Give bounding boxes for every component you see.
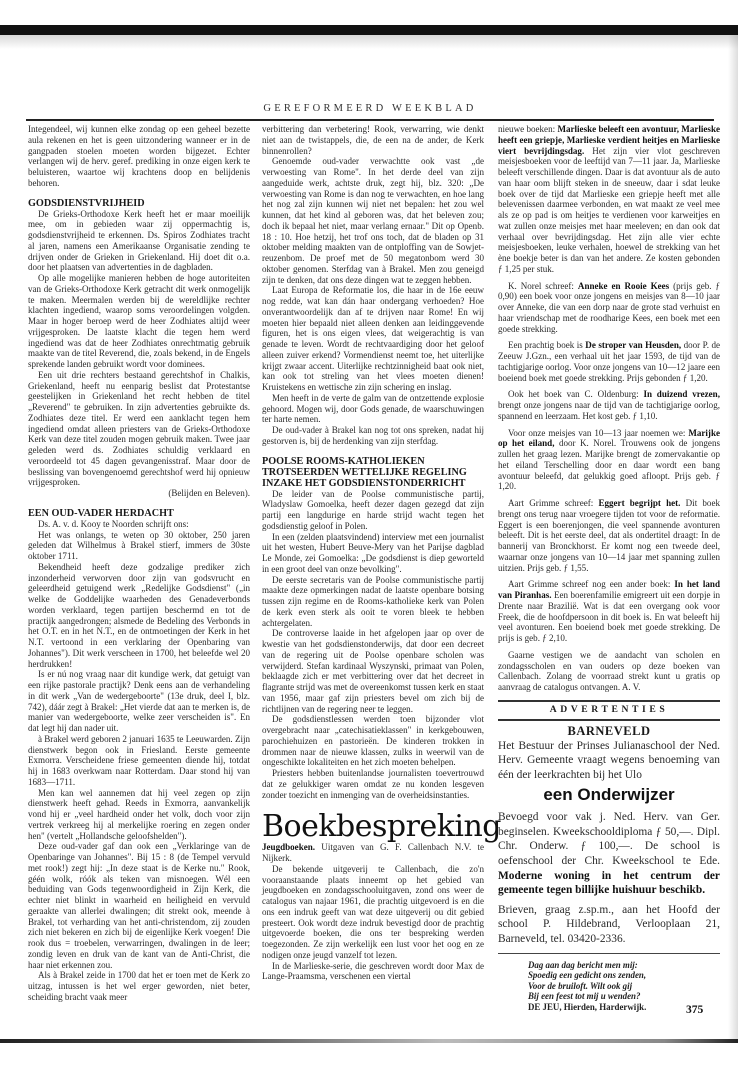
paragraph: In een (zelden plaatsvindend) interview …: [262, 532, 484, 575]
text: K. Norel schreef:: [508, 281, 578, 291]
paragraph: Gaarne vestigen we de aandacht van schol…: [498, 650, 720, 693]
masthead-title: GEREFORMEERD WEEKBLAD: [26, 103, 714, 114]
text: Bevoegd voor vak j. Ned. Herv. van Ger. …: [498, 811, 720, 867]
paragraph: à Brakel werd geboren 2 januari 1635 te …: [28, 734, 250, 788]
paragraph: Een prachtig boek is De stroper van Heus…: [498, 340, 720, 383]
paragraph: De leider van de Poolse communistische p…: [262, 489, 484, 532]
ads-rule-top: [498, 700, 720, 702]
page-binding-shadow: [728, 35, 738, 1039]
paragraph: De oud-vader à Brakel kan nog tot ons sp…: [262, 425, 484, 447]
heading-boekbespreking: Boekbespreking: [262, 812, 484, 842]
page-bottom-edge: [0, 1039, 738, 1043]
paragraph: Men kan wel aannemen dat hij veel zegen …: [28, 788, 250, 842]
paragraph: Integendeel, wij kunnen elke zondag op e…: [28, 124, 250, 189]
paragraph: De godsdienstlessen werden toen bijzonde…: [262, 714, 484, 768]
book-title: In duizend vrezen,: [643, 389, 720, 399]
column-right: nieuwe boeken: Marlieske beleeft een avo…: [498, 124, 720, 1012]
masthead-rule: [26, 119, 714, 121]
paragraph: De eerste secretaris van de Poolse commu…: [262, 575, 484, 629]
paragraph: Ook het boek van C. Oldenburg: In duizen…: [498, 389, 720, 421]
page-number: 375: [686, 1004, 703, 1016]
book-title: Anneke en Rooie Kees: [578, 281, 669, 291]
column-left: Integendeel, wij kunnen elke zondag op e…: [28, 124, 250, 1003]
paragraph: K. Norel schreef: Anneke en Rooie Kees (…: [498, 281, 720, 335]
text: Aart Grimme schreef:: [508, 498, 598, 508]
paragraph: Een uit drie rechters bestaand gerechtsh…: [28, 370, 250, 488]
text: Voor onze meisjes van 10—13 jaar noemen …: [508, 428, 688, 438]
ad-place: BARNEVELD: [498, 724, 720, 739]
paragraph: nieuwe boeken: Marlieske beleeft een avo…: [498, 124, 720, 275]
paragraph: Is er nú nog vraag naar dit kundige werk…: [28, 669, 250, 734]
paragraph: De bekende uitgeverij te Callenbach, die…: [262, 864, 484, 961]
paragraph: Het was onlangs, te weten op 30 oktober,…: [28, 530, 250, 562]
book-title: Eggert begrijpt het.: [598, 498, 680, 508]
poem-line: Spoedig een gedicht ons zenden,: [528, 970, 720, 981]
ad-divider: [498, 953, 720, 954]
housing-note: Moderne woning in het centrum der gemeen…: [498, 870, 720, 897]
paragraph: Men heeft in de verte de galm van de ont…: [262, 393, 484, 425]
ad-job-title: een Onderwijzer: [498, 784, 720, 806]
paragraph: Laat Europa de Reformatie los, die haar …: [262, 285, 484, 393]
paragraph: Bekendheid heeft deze godzalige prediker…: [28, 562, 250, 670]
ads-rule-bottom: [498, 719, 720, 721]
paragraph: In de Marlieske-serie, die geschreven wo…: [262, 961, 484, 983]
text: Ook het boek van C. Oldenburg:: [508, 389, 643, 399]
text: nieuwe boeken:: [498, 124, 557, 134]
text: Het zijn vier vlot geschreven meisjesboe…: [498, 146, 720, 274]
paragraph: verbittering dan verbetering! Rook, verw…: [262, 124, 484, 156]
heading-poolse-rooms-katholieken: POOLSE ROOMS-KATHOLIEKEN TROTSEERDEN WET…: [262, 456, 484, 489]
page-top-edge: [0, 25, 738, 35]
paragraph: Op alle mogelijke manieren hebben de hog…: [28, 273, 250, 370]
text: brengt onze jongens naar de tijd van de …: [498, 400, 720, 421]
paragraph: Aart Grimme schreef nog een ander boek: …: [498, 579, 720, 644]
subtitle-bold: Jeugdboeken.: [262, 842, 315, 852]
poem-line: Bij een feest tot mij u wenden?: [528, 991, 720, 1002]
source-attribution: (Belijden en Beleven).: [28, 488, 250, 499]
text: Dit boek brengt ons terug naar vroegere …: [498, 498, 720, 573]
book-review-subtitle: Jeugdboeken. Uitgaven van G. F. Callenba…: [262, 842, 484, 864]
paragraph: Aart Grimme schreef: Eggert begrijpt het…: [498, 498, 720, 573]
paragraph: De Grieks-Orthodoxe Kerk heeft het er ma…: [28, 209, 250, 274]
book-title: De stroper van Heusden,: [585, 340, 681, 350]
poem-line: Dag aan dag bericht men mij:: [528, 960, 720, 971]
ad-requirements: Bevoegd voor vak j. Ned. Herv. van Ger. …: [498, 810, 720, 898]
ads-heading: ADVERTENTIES: [498, 705, 720, 716]
paragraph: De controverse laaide in het afgelopen j…: [262, 628, 484, 714]
paragraph: Voor onze meisjes van 10—13 jaar noemen …: [498, 428, 720, 493]
paragraph: Priesters hebben buitenlandse journalist…: [262, 768, 484, 800]
column-middle: verbittering dan verbetering! Rook, verw…: [262, 124, 484, 982]
text: Aart Grimme schreef nog een ander boek:: [508, 579, 674, 589]
heading-godsdienstvrijheid: GODSDIENSTVRIJHEID: [28, 198, 250, 209]
poem-line: Voor de bruiloft. Wilt ook gij: [528, 981, 720, 992]
paragraph: Genoemde oud-vader verwachtte ook vast „…: [262, 156, 484, 285]
paragraph: Deze oud-vader gaf dan ook een „Verklari…: [28, 841, 250, 970]
ad-intro: Het Bestuur der Prinses Julianaschool de…: [498, 739, 720, 783]
paragraph: Als à Brakel zeide in 1700 dat het er to…: [28, 970, 250, 1002]
heading-oud-vader: EEN OUD-VADER HERDACHT: [28, 508, 250, 519]
ad-contact: Brieven, graag z.sp.m., aan het Hoofd de…: [498, 903, 720, 947]
text: Een prachtig boek is: [508, 340, 585, 350]
paragraph: Ds. A. v. d. Kooy te Noorden schrijft on…: [28, 519, 250, 530]
